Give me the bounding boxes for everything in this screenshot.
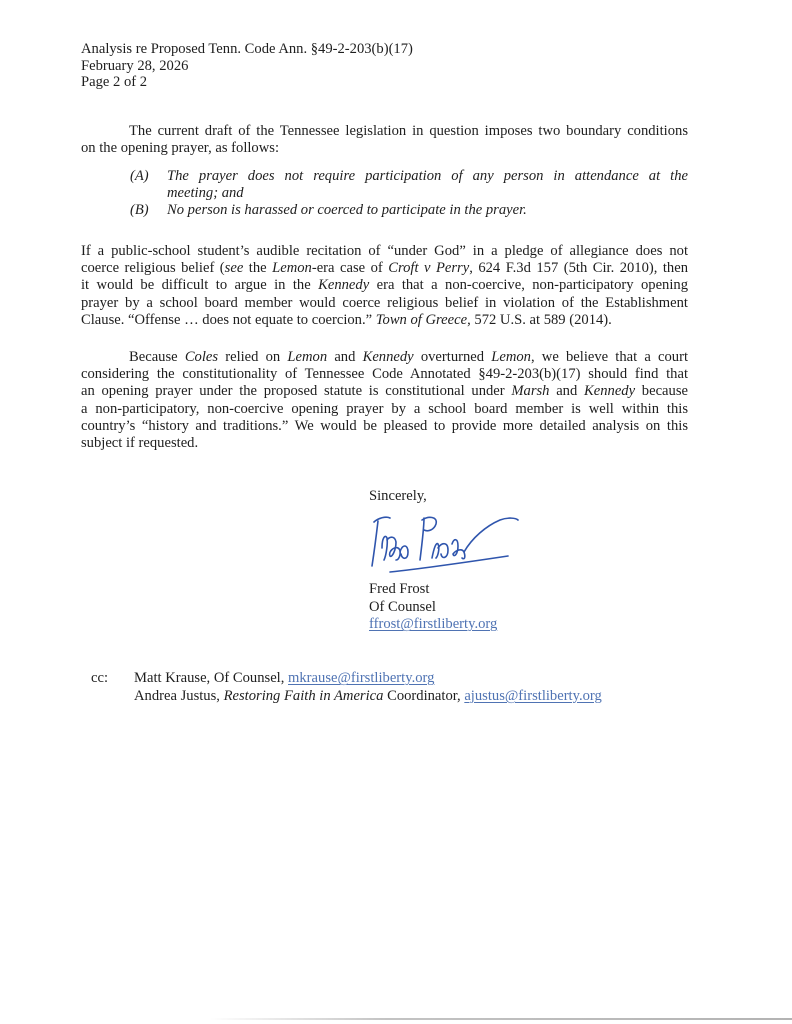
- letter-page: Analysis re Proposed Tenn. Code Ann. §49…: [0, 0, 792, 1024]
- paragraph-line: prayer by a school board member would co…: [81, 295, 688, 312]
- header-date: February 28, 2026: [81, 58, 413, 75]
- header-subject: Analysis re Proposed Tenn. Code Ann. §49…: [81, 41, 413, 58]
- paragraph-line: a non-participatory, non-coercive openin…: [81, 401, 688, 418]
- paragraph-line: If a public-school student’s audible rec…: [81, 243, 688, 260]
- closing-salutation: Sincerely,: [369, 488, 427, 505]
- cc-email-link[interactable]: ajustus@firstliberty.org: [464, 688, 601, 704]
- cc-recipient: Andrea Justus, Restoring Faith in Americ…: [134, 688, 602, 706]
- scan-edge-divider: [210, 1018, 792, 1020]
- cc-recipient: Matt Krause, Of Counsel, mkrause@firstli…: [134, 670, 602, 688]
- condition-marker: (A): [130, 168, 149, 185]
- paragraph-line: country’s “history and traditions.” We w…: [81, 418, 688, 435]
- signer-email-link[interactable]: ffrost@firstliberty.org: [369, 616, 497, 632]
- condition-marker: (B): [130, 202, 149, 219]
- paragraph-line: an opening prayer under the proposed sta…: [81, 383, 688, 400]
- paragraph-line: subject if requested.: [81, 435, 688, 452]
- paragraph-line: considering the constitutionality of Ten…: [81, 366, 688, 383]
- signature-block: Fred Frost Of Counsel ffrost@firstlibert…: [369, 581, 497, 634]
- paragraph-line: coerce religious belief (see the Lemon-e…: [81, 260, 688, 277]
- paragraph-line: it would be difficult to argue in the Ke…: [81, 277, 688, 294]
- paragraph-line: Clause. “Offense … does not equate to co…: [81, 312, 688, 329]
- conclusion-paragraph: Because Coles relied on Lemon and Kenned…: [81, 349, 688, 452]
- condition-text-line: The prayer does not require participatio…: [167, 168, 688, 185]
- coercion-paragraph: If a public-school student’s audible rec…: [81, 243, 688, 329]
- intro-line-1: The current draft of the Tennessee legis…: [81, 123, 688, 140]
- signature-icon: [368, 508, 533, 585]
- conditions-list: (A) The prayer does not require particip…: [130, 168, 688, 219]
- intro-line-2: on the opening prayer, as follows:: [81, 140, 688, 157]
- condition-text-line: meeting; and: [167, 185, 688, 202]
- signer-name: Fred Frost: [369, 581, 497, 599]
- condition-b: (B) No person is harassed or coerced to …: [130, 202, 688, 219]
- intro-paragraph: The current draft of the Tennessee legis…: [81, 123, 688, 157]
- cc-label: cc:: [91, 670, 108, 688]
- signer-title: Of Counsel: [369, 599, 497, 617]
- paragraph-line: Because Coles relied on Lemon and Kenned…: [81, 349, 688, 366]
- condition-text-line: No person is harassed or coerced to part…: [167, 202, 688, 219]
- cc-email-link[interactable]: mkrause@firstliberty.org: [288, 670, 434, 686]
- letter-header: Analysis re Proposed Tenn. Code Ann. §49…: [81, 41, 413, 91]
- condition-a: (A) The prayer does not require particip…: [130, 168, 688, 202]
- header-page-number: Page 2 of 2: [81, 74, 413, 91]
